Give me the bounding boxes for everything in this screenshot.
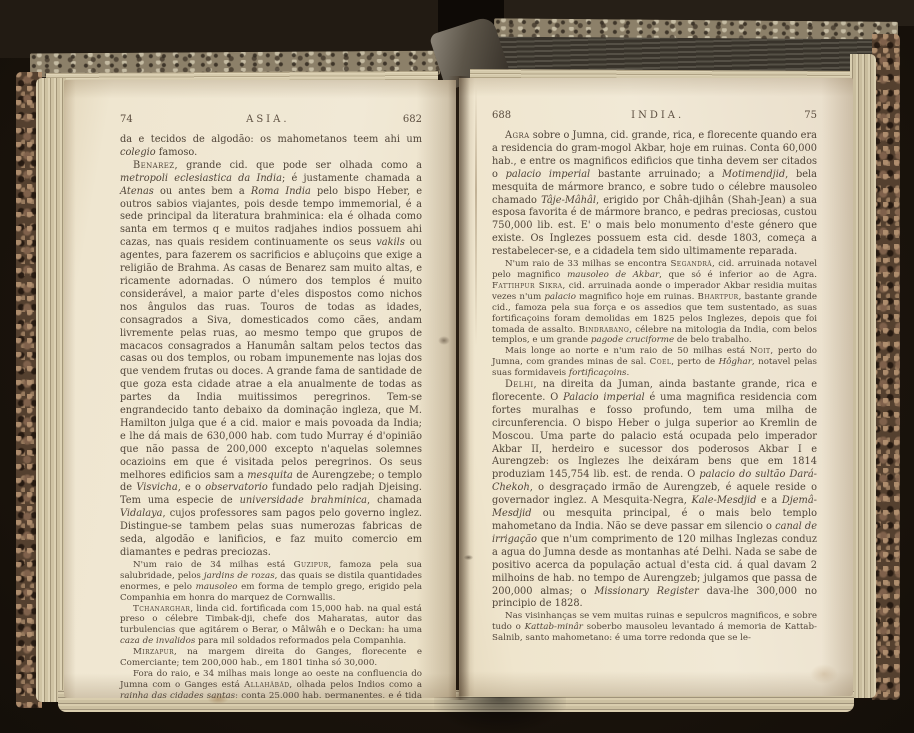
page-edges-right	[850, 54, 876, 698]
text-segment: mesquita	[247, 470, 293, 481]
paragraph: da e tecidos de algodão: os mahometanos …	[120, 134, 422, 160]
right-column-number: 688	[492, 110, 511, 121]
text-segment: , olhada pelos Indios como a	[289, 680, 422, 690]
paragraph: Delhi, na direita da Juman, ainda bastan…	[492, 379, 817, 611]
marbled-edge-right	[872, 34, 900, 700]
text-segment: universidade brahminica	[240, 495, 367, 506]
text-segment: Benarez	[133, 160, 175, 171]
right-page-content: 688 INDIA. 75 Agra sobre o Jumna, cid. g…	[492, 110, 817, 644]
text-segment: Bhartpur	[698, 292, 739, 302]
page-crease	[475, 86, 477, 346]
right-page: 688 INDIA. 75 Agra sobre o Jumna, cid. g…	[459, 78, 853, 696]
text-segment: Segandrâ	[670, 259, 712, 269]
right-page-number: 75	[804, 110, 817, 121]
text-segment: observatorio	[205, 482, 268, 493]
text-segment: de belo trabalho.	[674, 335, 751, 345]
text-segment: para mil soldados reformados pela Compan…	[195, 636, 406, 646]
text-segment: Atenas	[120, 186, 154, 197]
text-segment: Noit	[750, 346, 771, 356]
text-segment: , chamada	[367, 495, 422, 506]
left-page-content: 74 ASIA. 682 da e tecidos de algodão: os…	[120, 114, 422, 698]
text-segment: Vidalaya	[120, 508, 163, 519]
text-segment: Palacio imperial	[563, 392, 645, 403]
paragraph: Mirzapur, na margem direita do Ganges, f…	[120, 647, 422, 669]
text-segment: metropoli eclesiastica da India	[120, 173, 282, 184]
text-segment: caza de invalidos	[120, 636, 195, 646]
left-page-header: 74 ASIA. 682	[120, 114, 422, 125]
text-segment: N'um raio de 34 milhas está	[133, 560, 294, 570]
paragraph: N'um raio de 33 milhas se encontra Segan…	[492, 259, 817, 346]
paragraph: Benarez, grande cid. que pode ser olhada…	[120, 160, 422, 560]
text-segment: e a	[756, 495, 781, 506]
text-segment: Tâje-Mâhâl	[541, 195, 596, 206]
text-segment: bastante arruinado; a	[590, 169, 722, 180]
text-segment: Coel	[650, 357, 672, 367]
text-segment: vakils	[376, 237, 405, 248]
left-page: 74 ASIA. 682 da e tecidos de algodão: os…	[64, 80, 456, 698]
right-page-body: Agra sobre o Jumna, cid. grande, rica, e…	[492, 130, 817, 644]
page-edges-left	[36, 78, 66, 702]
text-segment: ou antes bem a	[154, 186, 251, 197]
text-segment: Visvicha	[136, 482, 177, 493]
text-segment: , perto de	[671, 357, 718, 367]
text-segment: famoso.	[156, 147, 198, 158]
text-segment: mausoleo de Akbar	[567, 270, 659, 280]
text-segment: Motimendjid	[722, 169, 785, 180]
spine-shadow	[434, 697, 566, 733]
paragraph: Mais longe ao norte e n'um raio de 50 mi…	[492, 346, 817, 379]
text-segment: Kale-Mesdjid	[691, 495, 756, 506]
text-segment: Hôghar	[719, 357, 752, 367]
text-segment: Roma India	[251, 186, 311, 197]
text-segment: colegio	[120, 147, 156, 158]
text-segment: pagode cruciforme	[591, 335, 674, 345]
text-segment: Agra	[505, 130, 530, 141]
text-segment: ou mesquita principal, é o mais belo tem…	[492, 508, 817, 532]
gutter-shadow	[448, 76, 470, 700]
left-page-number: 74	[120, 114, 133, 125]
text-segment: Allahâbâd	[244, 680, 289, 690]
text-segment: rainha das cidades santas	[120, 691, 235, 698]
left-page-body: da e tecidos de algodão: os mahometanos …	[120, 134, 422, 698]
text-segment: magnifico hoje em ruinas.	[576, 292, 698, 302]
text-segment: palacio imperial	[506, 169, 591, 180]
right-page-header: 688 INDIA. 75	[492, 110, 817, 121]
text-segment: mausoleo	[196, 582, 238, 592]
text-segment: .	[627, 368, 630, 378]
text-segment: da e tecidos de algodão: os mahometanos …	[120, 134, 422, 145]
text-segment: , que só é inferior ao de Agra.	[659, 270, 817, 280]
book-cover-top-left	[0, 0, 446, 58]
text-segment: Missionary Register	[594, 586, 698, 597]
text-segment: , e o	[178, 482, 206, 493]
text-segment: é uma magnifica residencia com fortes mu…	[492, 392, 817, 480]
right-running-title: INDIA.	[631, 110, 684, 121]
text-segment: ; é justamente chamada a	[282, 173, 422, 184]
left-column-number: 682	[403, 114, 422, 125]
text-segment: Bindrabano	[579, 325, 630, 335]
text-segment: , grande cid. que pode ser olhada como a	[175, 160, 422, 171]
text-segment: Tchanarghar	[133, 604, 190, 614]
text-segment: Kattab-minâr	[525, 622, 583, 632]
text-segment: N'um raio de 33 milhas se encontra	[505, 259, 670, 269]
text-segment: Delhi	[505, 379, 533, 390]
text-segment: ou agentes, para fazerem os sacrificios …	[120, 237, 422, 480]
paragraph: Agra sobre o Jumna, cid. grande, rica, e…	[492, 130, 817, 259]
book-scan: 74 ASIA. 682 da e tecidos de algodão: os…	[0, 0, 914, 733]
paragraph: N'um raio de 34 milhas está Guzipur, fam…	[120, 560, 422, 604]
text-segment: Mirzapur	[133, 647, 174, 657]
text-segment: Fattihpur Sikra	[492, 281, 562, 291]
text-segment: Guzipur	[294, 560, 329, 570]
text-segment: , cujos professores sam pagos pelo gover…	[120, 508, 422, 558]
paragraph: Fora do raio, e 34 milhas mais longe ao …	[120, 669, 422, 698]
paragraph: Nas visinhanças se vem muitas ruinas e s…	[492, 611, 817, 644]
text-segment: palacio	[544, 292, 576, 302]
paragraph: Tchanarghar, linda cid. fortificada com …	[120, 604, 422, 648]
text-segment: Mais longe ao norte e n'um raio de 50 mi…	[505, 346, 750, 356]
text-segment: jardins de rozas	[204, 571, 275, 581]
text-segment: fortificaçoins	[569, 368, 627, 378]
left-running-title: ASIA.	[246, 114, 289, 125]
